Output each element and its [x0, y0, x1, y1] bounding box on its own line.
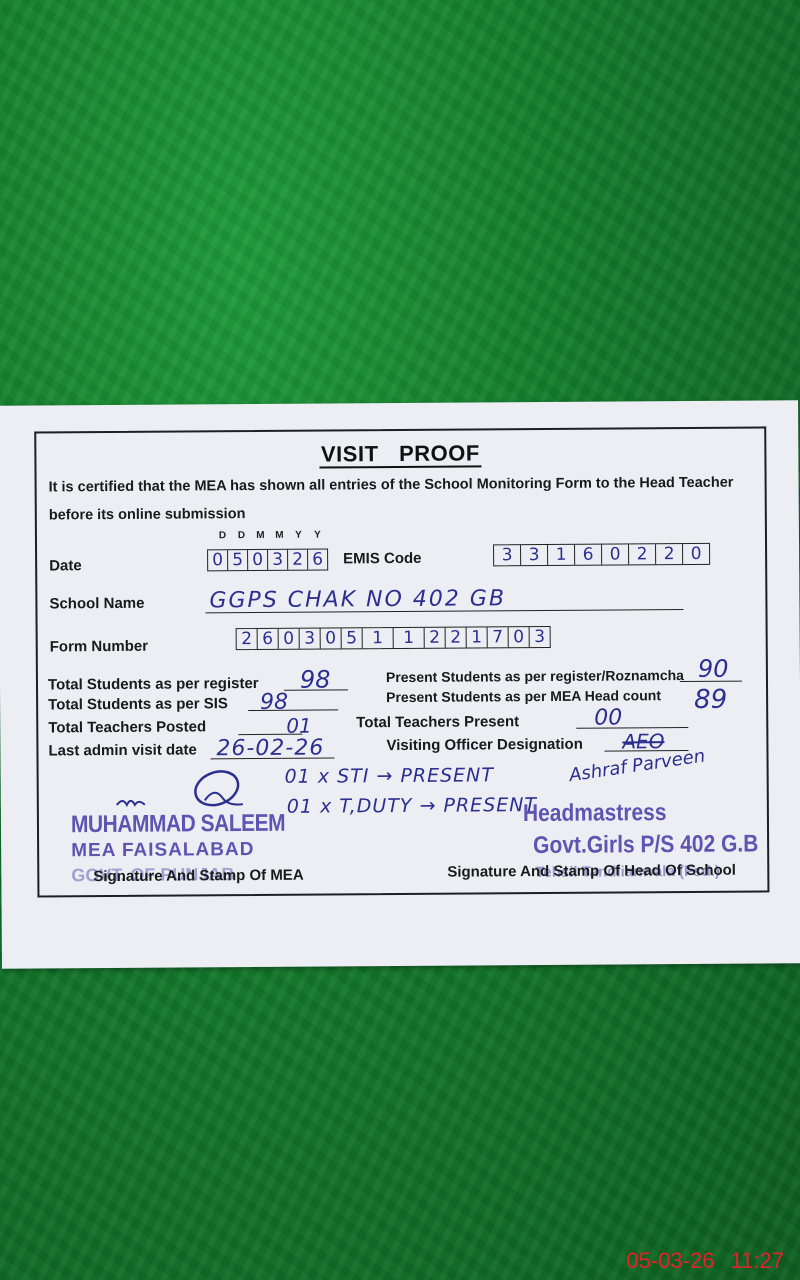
form-number-digit: 2 [425, 628, 446, 648]
total-students-sis-value: 98 [260, 690, 288, 715]
total-teachers-posted-value: 01 [286, 714, 312, 738]
date-digit: 6 [308, 550, 327, 570]
total-teachers-posted-label: Total Teachers Posted [48, 718, 206, 736]
emis-digit: 0 [602, 544, 629, 564]
form-number-digit: 1 [394, 628, 425, 648]
visiting-officer-designation-value: AEO [622, 729, 664, 753]
form-frame: VISIT PROOF It is certified that the MEA… [34, 426, 769, 897]
visit-proof-card: VISIT PROOF It is certified that the MEA… [0, 400, 800, 969]
date-digit: 3 [268, 550, 288, 570]
last-admin-visit-date-label: Last admin visit date [48, 741, 196, 759]
form-number-digit: 7 [488, 627, 509, 647]
form-number-digit: 3 [300, 629, 321, 649]
form-number-digit: 2 [446, 628, 467, 648]
form-number-boxes: 2 6 0 3 0 5 1 1 2 2 1 7 0 3 [236, 626, 551, 650]
certification-text: It is certified that the MEA has shown a… [49, 469, 749, 530]
mea-stamp-office: MEA FAISALABAD [71, 839, 254, 862]
date-digit: 0 [208, 550, 228, 570]
total-students-register-label: Total Students as per register [48, 675, 259, 693]
date-label: Date [49, 557, 82, 574]
date-digit: 0 [248, 550, 268, 570]
head-stamp-school: Govt.Girls P/S 402 G.B [533, 831, 758, 860]
form-number-digit: 0 [509, 627, 530, 647]
head-stamp-title: Headmastress [523, 799, 667, 828]
school-name-value: GGPS CHAK NO 402 GB [209, 586, 506, 613]
form-title: VISIT PROOF [36, 438, 764, 469]
emis-code-boxes: 3 3 1 6 0 2 2 0 [493, 543, 710, 567]
form-number-digit: 0 [279, 629, 300, 649]
emis-digit: 3 [521, 545, 548, 565]
last-admin-visit-date-value: 26-02-26 [216, 736, 324, 762]
total-teachers-present-label: Total Teachers Present [356, 713, 519, 731]
form-number-label: Form Number [50, 638, 148, 656]
photo-timestamp: 05-03-26 11:27 [626, 1248, 784, 1274]
emis-digit: 6 [575, 545, 602, 565]
form-number-digit: 2 [237, 629, 258, 649]
date-boxes: 0 5 0 3 2 6 [207, 548, 328, 571]
present-students-headcount-label: Present Students as per MEA Head count [386, 687, 661, 705]
date-format-labels: DD MM YY [213, 530, 327, 542]
date-digit: 5 [228, 550, 248, 570]
date-digit: 2 [288, 550, 308, 570]
present-students-headcount-value: 89 [694, 685, 727, 715]
emis-digit: 2 [656, 544, 683, 564]
remark-line-1: 01 x STI → PRESENT [285, 764, 494, 787]
emis-digit: 0 [683, 544, 709, 564]
mea-stamp-name: MUHAMMAD SALEEM [71, 810, 285, 839]
emis-code-label: EMIS Code [343, 550, 421, 568]
emis-digit: 1 [548, 545, 575, 565]
remark-line-2: 01 x T,DUTY → PRESENT [287, 794, 537, 818]
form-number-digit: 1 [467, 627, 488, 647]
school-name-label: School Name [49, 595, 144, 613]
form-number-digit: 1 [363, 628, 394, 648]
form-number-digit: 3 [530, 627, 550, 647]
mea-signature-label: Signature And Stamp Of MEA [93, 867, 303, 885]
form-number-digit: 5 [342, 628, 363, 648]
total-teachers-present-value: 00 [594, 705, 622, 730]
present-students-register-label: Present Students as per register/Roznamc… [386, 667, 684, 685]
emis-digit: 2 [629, 544, 656, 564]
form-number-digit: 0 [321, 628, 342, 648]
emis-digit: 3 [494, 545, 521, 565]
total-students-sis-label: Total Students as per SIS [48, 695, 228, 713]
head-signature-label: Signature And Stamp Of Head Of School [447, 862, 736, 881]
form-number-digit: 6 [258, 629, 279, 649]
visiting-officer-designation-label: Visiting Officer Designation [386, 736, 583, 754]
total-students-register-value: 98 [300, 665, 331, 693]
present-students-register-value: 90 [698, 655, 729, 683]
